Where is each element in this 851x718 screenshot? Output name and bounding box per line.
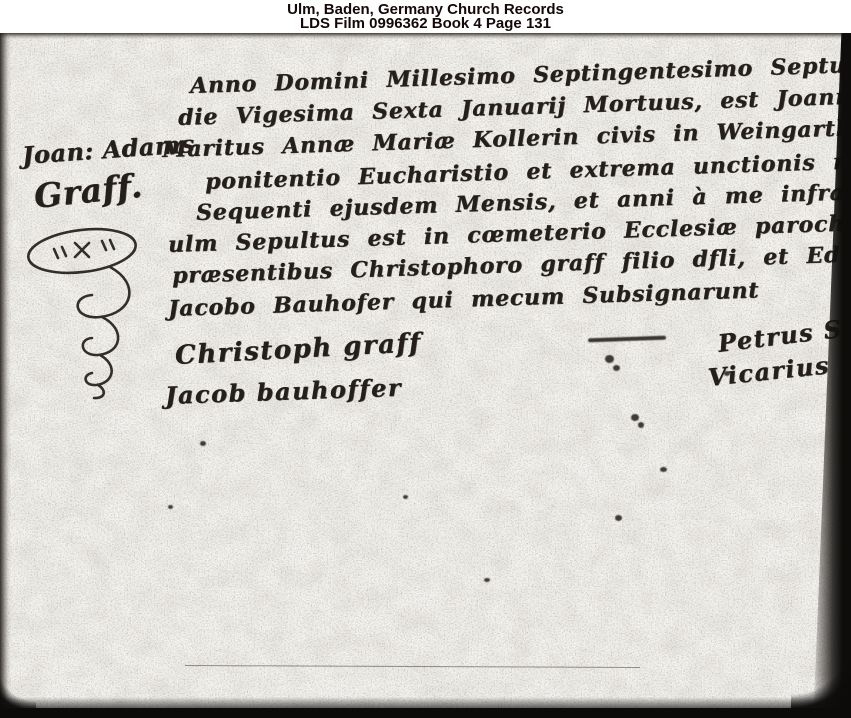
ink-spot — [200, 441, 206, 446]
margin-flourish — [20, 223, 150, 403]
ink-spot — [168, 505, 173, 509]
ink-spot — [613, 365, 620, 371]
document-scan: Joan: Adams Graff. Anno Domini Millesimo… — [0, 33, 851, 718]
ink-spot — [631, 414, 639, 421]
ink-spot — [638, 422, 644, 428]
ink-spot — [660, 467, 667, 472]
ink-spot — [484, 578, 490, 582]
ink-spot — [403, 495, 408, 499]
caption: Ulm, Baden, Germany Church Records LDS F… — [0, 0, 851, 33]
ink-spot — [605, 355, 614, 363]
ink-spot — [615, 515, 622, 521]
caption-film-reference: LDS Film 0996362 Book 4 Page 131 — [0, 17, 851, 31]
